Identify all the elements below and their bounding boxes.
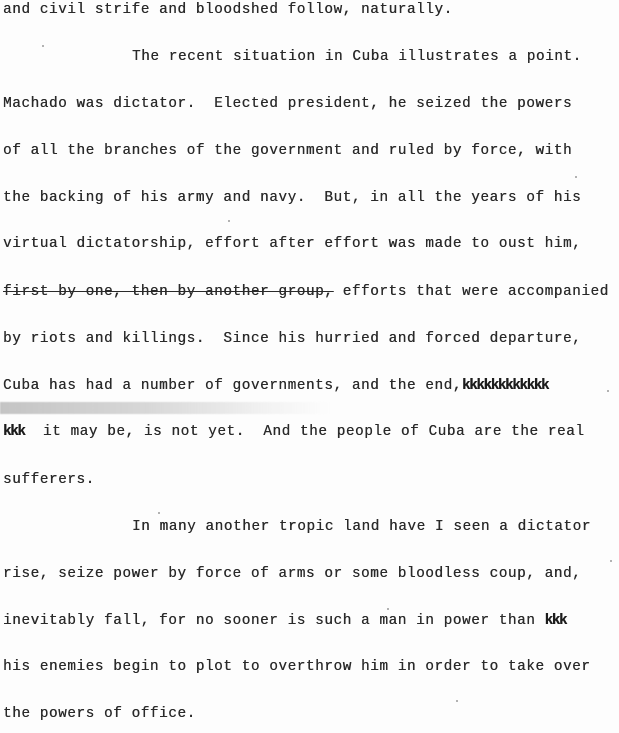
text-line-5: the backing of his army and navy. But, i…: [3, 190, 581, 206]
struck-through-text: first by one, then by another group,: [3, 284, 333, 300]
text-line-10: kkk it may be, is not yet. And the peopl…: [3, 424, 585, 440]
line-14-text: inevitably fall, for no sooner is such a…: [3, 613, 535, 629]
paper-speck: [387, 608, 389, 610]
paper-speck: [42, 45, 44, 47]
text-line-15: his enemies begin to plot to overthrow h…: [3, 659, 591, 675]
typed-over-correction: kkkkkkkkkkkk: [462, 378, 548, 394]
text-line-1: and civil strife and bloodshed follow, n…: [3, 2, 453, 18]
ink-smudge: [0, 402, 330, 414]
typed-over-correction: kkk: [545, 613, 567, 629]
line-10-text: it may be, is not yet. And the people of…: [25, 424, 585, 440]
paper-speck: [158, 512, 160, 514]
paper-speck: [575, 176, 577, 178]
text-line-2: The recent situation in Cuba illustrates…: [132, 49, 582, 65]
paper-speck: [228, 220, 230, 222]
text-line-8: by riots and killings. Since his hurried…: [3, 331, 581, 347]
text-line-16: the powers of office.: [3, 706, 196, 722]
text-line-6: virtual dictatorship, effort after effor…: [3, 236, 581, 252]
text-line-4: of all the branches of the government an…: [3, 143, 572, 159]
text-line-14: inevitably fall, for no sooner is such a…: [3, 613, 566, 629]
line-7-remainder: efforts that were accompanied: [333, 284, 608, 300]
text-line-7: first by one, then by another group, eff…: [3, 284, 609, 300]
paper-speck: [262, 98, 264, 100]
typed-over-correction: kkk: [3, 424, 25, 440]
text-line-9: Cuba has had a number of governments, an…: [3, 378, 548, 394]
text-line-11: sufferers.: [3, 472, 95, 488]
paper-speck: [610, 560, 612, 562]
line-9-text: Cuba has had a number of governments, an…: [3, 378, 462, 394]
text-line-12: In many another tropic land have I seen …: [132, 519, 591, 535]
paper-speck: [456, 700, 458, 702]
typewritten-page: and civil strife and bloodshed follow, n…: [0, 0, 619, 733]
text-line-3: Machado was dictator. Elected president,…: [3, 96, 572, 112]
text-line-13: rise, seize power by force of arms or so…: [3, 566, 581, 582]
paper-speck: [607, 390, 609, 392]
